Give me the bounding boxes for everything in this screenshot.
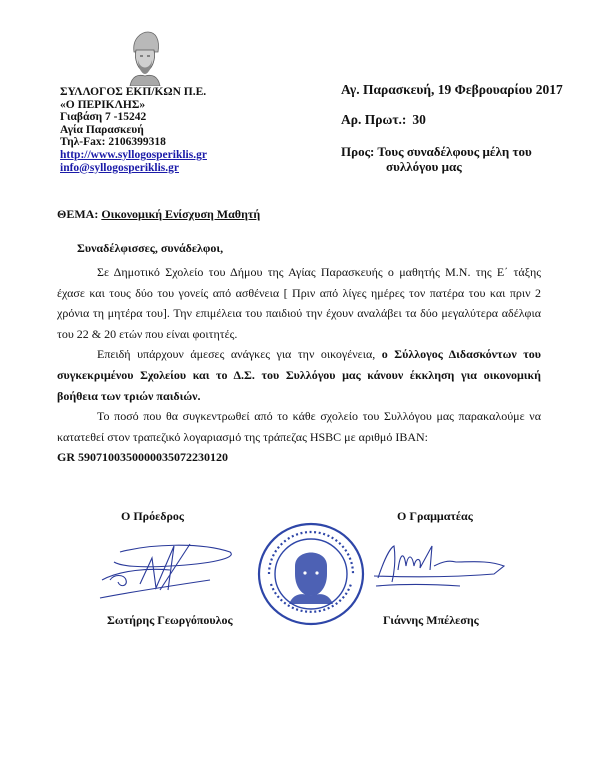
paragraph-3: Το ποσό που θα συγκεντρωθεί από το κάθε … — [57, 406, 541, 447]
president-name: Σωτήρης Γεωργόπουλος — [107, 613, 233, 628]
recipient-line-2: συλλόγου μας — [341, 159, 532, 174]
org-name: ΣΥΛΛΟΓΟΣ ΕΚΠ/ΚΩΝ Π.Ε. — [60, 86, 207, 99]
president-signature-icon — [90, 540, 240, 602]
greeting: Συναδέλφισσες, συνάδελφοι, — [77, 241, 223, 256]
organization-letterhead: ΣΥΛΛΟΓΟΣ ΕΚΠ/ΚΩΝ Π.Ε. «Ο ΠΕΡΙΚΛΗΣ» Γιαβά… — [60, 86, 207, 174]
subject-text: Οικονομική Ενίσχυση Μαθητή — [101, 207, 260, 221]
date-line: Αγ. Παρασκευή, 19 Φεβρουαρίου 2017 — [341, 82, 563, 98]
association-seal-icon — [255, 518, 367, 630]
org-subname: «Ο ΠΕΡΙΚΛΗΣ» — [60, 99, 207, 112]
secretary-title: Ο Γραμματέας — [397, 509, 473, 524]
paragraph-2-plain: Επειδή υπάρχουν άμεσες ανάγκες για την ο… — [97, 347, 382, 361]
letter-body: Σε Δημοτικό Σχολείο του Δήμου της Αγίας … — [57, 262, 541, 468]
protocol-label: Αρ. Πρωτ.: — [341, 112, 406, 127]
iban-number: GR 5907100350000035072230120 — [57, 447, 541, 468]
subject-label: ΘΕΜΑ: — [57, 207, 98, 221]
protocol-number-line: Αρ. Πρωτ.:30 — [341, 112, 426, 128]
paragraph-2: Επειδή υπάρχουν άμεσες ανάγκες για την ο… — [57, 344, 541, 406]
email-link[interactable]: info@syllogosperiklis.gr — [60, 162, 207, 175]
recipient-line-1: Προς: Τους συναδέλφους μέλη του — [341, 144, 532, 159]
protocol-number: 30 — [412, 112, 426, 127]
address-city: Αγία Παρασκευή — [60, 124, 207, 137]
secretary-name: Γιάννης Μπέλεσης — [383, 613, 479, 628]
address-street: Γιαβάση 7 -15242 — [60, 111, 207, 124]
secretary-signature-icon — [370, 540, 520, 590]
subject-line: ΘΕΜΑ: Οικονομική Ενίσχυση Μαθητή — [57, 207, 260, 222]
pericles-bust-icon — [120, 30, 170, 86]
president-title: Ο Πρόεδρος — [121, 509, 184, 524]
website-link[interactable]: http://www.syllogosperiklis.gr — [60, 149, 207, 162]
recipient-block: Προς: Τους συναδέλφους μέλη του συλλόγου… — [341, 144, 532, 174]
phone-fax: Τηλ-Fax: 2106399318 — [60, 136, 207, 149]
paragraph-1: Σε Δημοτικό Σχολείο του Δήμου της Αγίας … — [57, 262, 541, 344]
